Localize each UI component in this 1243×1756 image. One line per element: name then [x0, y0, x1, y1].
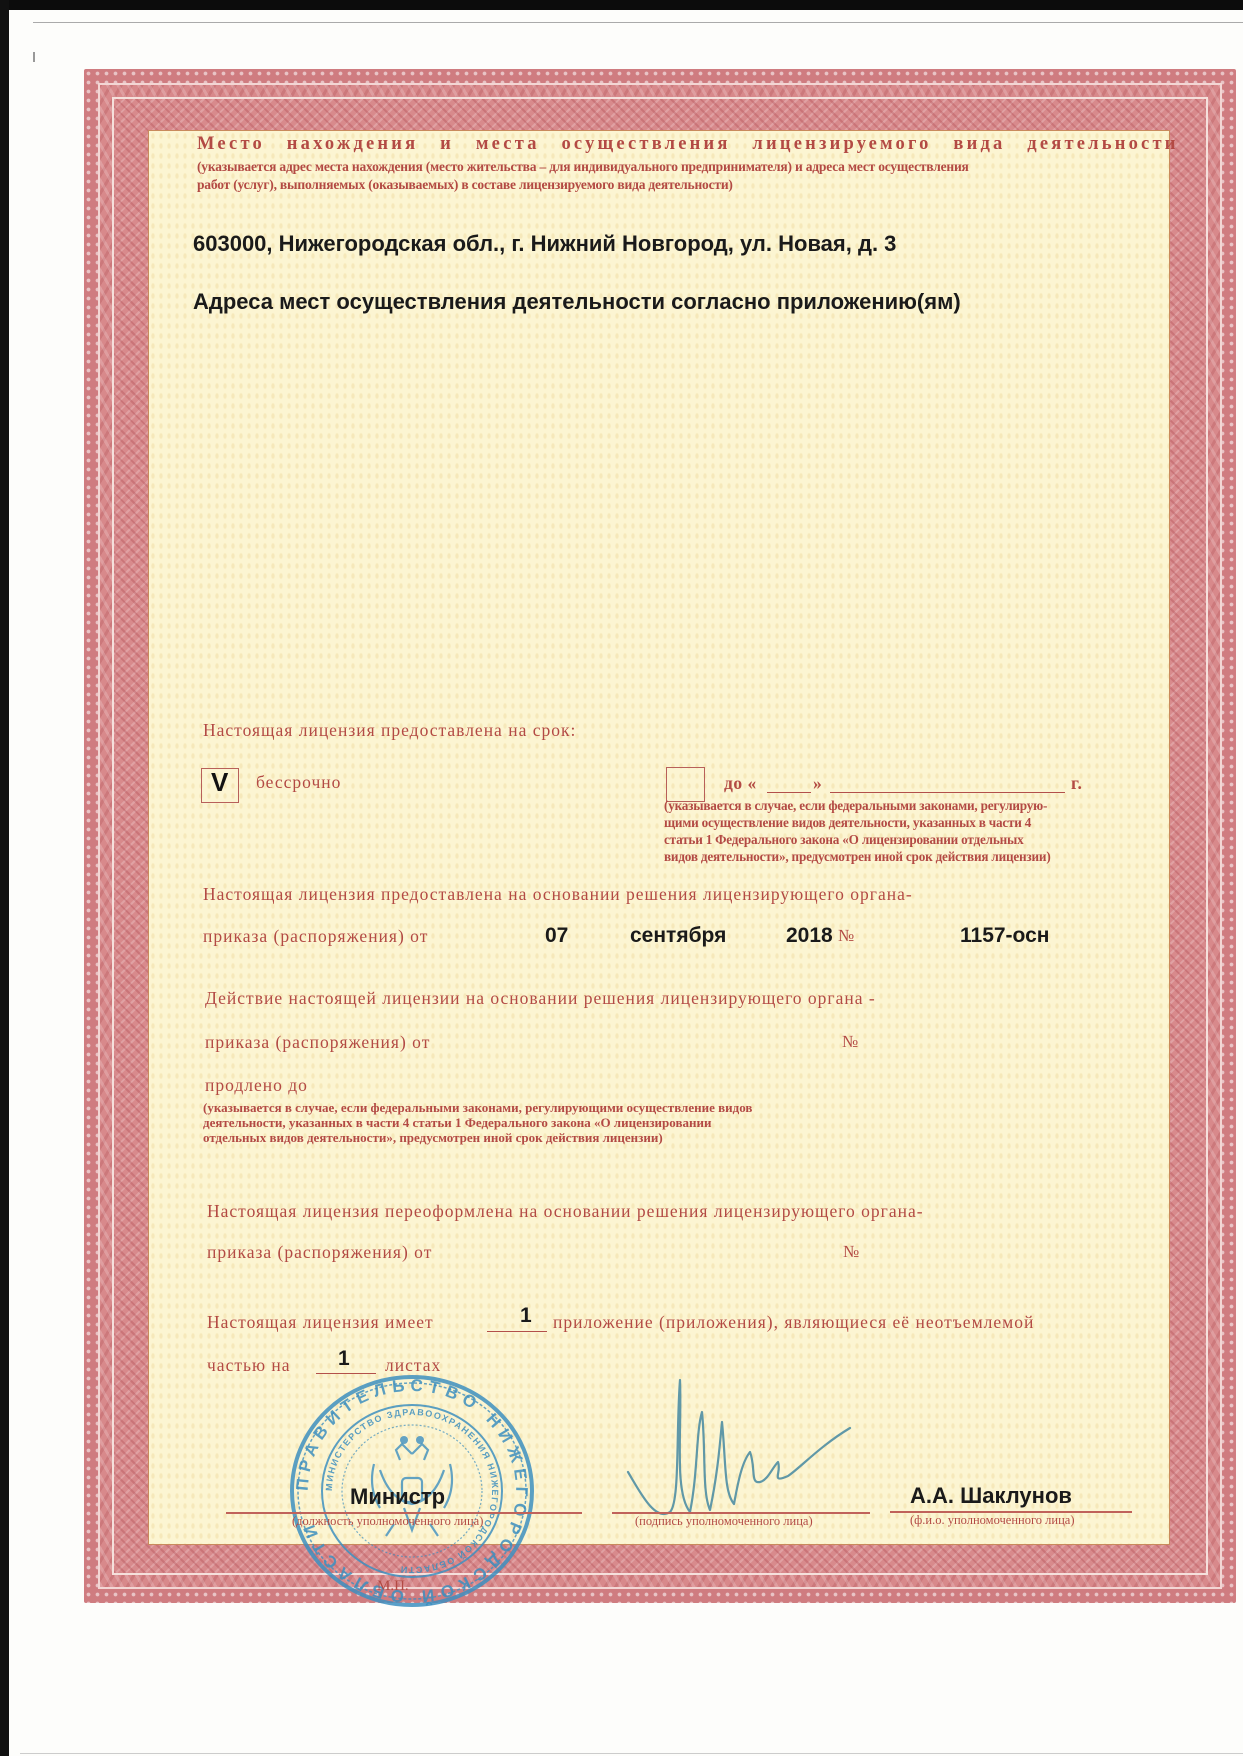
sheets-count: 1: [338, 1347, 350, 1371]
sheets-prefix: частью на: [207, 1355, 291, 1376]
until-date-quote: »: [813, 773, 822, 794]
seal-label: М.П.: [377, 1578, 409, 1595]
licensee-address: 603000, Нижегородская обл., г. Нижний Но…: [193, 231, 896, 257]
basis-order-month: сентября: [630, 924, 726, 948]
location-note-line2: работ (услуг), выполняемых (оказываемых)…: [197, 176, 733, 194]
sheets-suffix: листах: [385, 1355, 441, 1376]
term-label: Настоящая лицензия предоставлена на срок…: [203, 720, 576, 741]
until-month-year-field[interactable]: [830, 792, 1065, 793]
basis-order-label: приказа (распоряжения) от: [203, 926, 428, 947]
scan-edge-top: [0, 0, 1243, 10]
position-caption: (должность уполномоченного лица): [292, 1514, 483, 1529]
extension-order-label: приказа (распоряжения) от: [205, 1032, 430, 1053]
basis-order-day: 07: [545, 924, 568, 948]
location-note-line1: (указывается адрес места нахождения (мес…: [197, 158, 969, 176]
extension-number-sign: №: [842, 1032, 858, 1052]
scan-artifact-bottom: [20, 1753, 1243, 1754]
extended-until-label: продлено до: [205, 1075, 308, 1096]
reissue-line1: Настоящая лицензия переоформлена на осно…: [207, 1201, 924, 1222]
appendix-middle: приложение (приложения), являющиеся её н…: [553, 1312, 1034, 1333]
sheets-count-field[interactable]: [316, 1373, 376, 1374]
handwritten-signature: [610, 1372, 870, 1532]
extension-note: (указывается в случае, если федеральными…: [203, 1100, 752, 1145]
scan-artifact-tick: [33, 52, 35, 62]
check-mark-icon: V: [211, 767, 228, 798]
basis-line1: Настоящая лицензия предоставлена на осно…: [203, 884, 913, 905]
appendix-prefix: Настоящая лицензия имеет: [207, 1312, 434, 1333]
appendix-count: 1: [520, 1304, 532, 1328]
activity-addresses: Адреса мест осуществления деятельности с…: [193, 289, 961, 315]
until-date-suffix: г.: [1071, 773, 1082, 794]
until-date-prefix: до «: [724, 773, 757, 794]
location-heading: Место нахождения и места осуществления л…: [197, 134, 1179, 155]
reissue-number-sign: №: [843, 1242, 859, 1262]
unlimited-checkbox[interactable]: V: [201, 768, 239, 803]
scan-edge-left: [0, 0, 9, 1756]
basis-order-year: 2018: [786, 924, 833, 948]
appendix-count-field[interactable]: [487, 1331, 547, 1332]
unlimited-label: бессрочно: [256, 772, 341, 793]
signature-caption: (подпись уполномоченного лица): [635, 1514, 813, 1529]
scan-artifact-line: [33, 22, 1243, 23]
until-day-field[interactable]: [767, 792, 811, 793]
basis-order-number: 1157-осн: [960, 924, 1049, 948]
signatory-position: Министр: [350, 1484, 445, 1510]
name-caption: (ф.и.о. уполномоченного лица): [910, 1513, 1074, 1528]
until-date-note: (указывается в случае, если федеральными…: [664, 797, 1051, 865]
reissue-order-label: приказа (распоряжения) от: [207, 1242, 432, 1263]
signatory-name: А.А. Шаклунов: [910, 1483, 1072, 1509]
basis-number-sign: №: [838, 926, 854, 946]
extension-line1: Действие настоящей лицензии на основании…: [205, 988, 876, 1009]
